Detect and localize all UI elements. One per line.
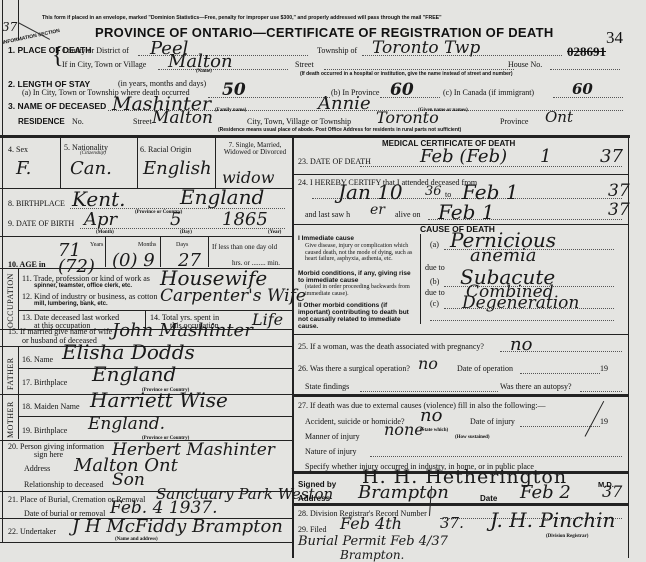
burial-permit-place: Brampton.	[340, 548, 404, 562]
nationality-value[interactable]: Can.	[70, 158, 112, 179]
burial-permit-note: Burial Permit Feb 4/37	[298, 534, 448, 549]
morbid-label: Morbid conditions, if any, giving rise t…	[298, 270, 418, 284]
section-divider	[293, 503, 628, 506]
city-label: If in City, Town or Village	[62, 60, 146, 69]
alive-on-label: alive on	[395, 210, 421, 219]
operation-year-prefix: 19	[600, 364, 608, 373]
medical-address-label: Address	[298, 494, 330, 503]
pregnancy-label: 25. If a woman, was the death associated…	[298, 342, 484, 351]
medical-date-value[interactable]: Feb 2	[520, 482, 571, 503]
corner-rule	[18, 0, 19, 40]
nature-label: Nature of injury	[305, 447, 357, 456]
mother-birthplace-label: 19. Birthplace	[22, 426, 67, 435]
cause-a-label: (a)	[430, 240, 439, 249]
injury-year-prefix: 19	[600, 417, 608, 426]
township-value[interactable]: Toronto Twp	[372, 38, 480, 58]
filed-value[interactable]: Feb 4th	[340, 514, 402, 533]
grid-line	[208, 237, 209, 267]
township-label: Township of	[317, 46, 357, 55]
racial-origin-value[interactable]: English	[143, 158, 212, 179]
immediate-hint: Give disease, injury or complication whi…	[305, 243, 415, 263]
mail-notice: This form if placed in an envelope, mark…	[42, 15, 442, 21]
attended-to-year[interactable]: 37	[608, 181, 630, 201]
undertaker-label: 22. Undertaker	[8, 527, 56, 536]
residence-note: (Residence means usual place of abode. P…	[218, 127, 461, 133]
cause-c-label: (c)	[430, 299, 439, 308]
father-name-label: 16. Name	[22, 355, 53, 364]
due-to-label-2: due to	[425, 288, 445, 297]
street-line	[324, 69, 514, 70]
death-day-value[interactable]: 1	[540, 146, 551, 167]
row-line	[0, 236, 292, 237]
filed-label: 29. Filed	[298, 525, 326, 534]
stay-city-value[interactable]: 50	[222, 80, 246, 100]
birthplace-label: 8. BIRTHPLACE	[8, 199, 65, 208]
residence-street-label: Street	[133, 117, 152, 126]
findings-label: State findings	[305, 382, 349, 391]
less-than-day-label: If less than one day old	[212, 243, 277, 251]
given-name-value[interactable]: Annie	[318, 93, 371, 114]
residence-city-value[interactable]: Toronto	[376, 108, 439, 127]
hospital-note: (If death occurred in a hospital or inst…	[300, 71, 513, 77]
cause-c-value[interactable]: Degeneration	[462, 293, 579, 313]
last-saw-pronoun[interactable]: er	[370, 202, 385, 218]
page-number: 34	[606, 28, 623, 48]
cause-b-label: (b)	[430, 277, 439, 286]
death-month-value[interactable]: Feb (Feb)	[420, 146, 507, 167]
registrar-caption: (Division Registrar)	[546, 534, 588, 539]
burial-date-value[interactable]: Feb. 4 1937.	[110, 498, 218, 518]
informant-address-label: Address	[24, 464, 50, 473]
stay-province-value[interactable]: 60	[390, 80, 414, 100]
dob-day-value[interactable]: 5	[170, 209, 181, 230]
manner-label: Manner of injury	[305, 432, 360, 441]
month-caption: (Month)	[96, 230, 114, 235]
medical-date-label: Date	[480, 494, 497, 503]
residence-no-label: No.	[72, 117, 84, 126]
sign-here-label: sign here	[34, 450, 63, 459]
death-date-label: 23. DATE OF DEATH	[298, 157, 371, 166]
alive-on-value[interactable]: Feb 1	[438, 200, 495, 224]
day-caption: (Day)	[180, 230, 192, 235]
signed-by-label: Signed by	[298, 480, 336, 489]
immediate-label: I Immediate cause	[298, 235, 354, 242]
surgery-label: 26. Was there a surgical operation?	[298, 364, 410, 373]
residence-street-value[interactable]: Malton	[152, 108, 213, 128]
death-certificate: 37 INFORMATION SECTION This form if plac…	[0, 0, 646, 562]
medical-date-year[interactable]: 37	[602, 482, 622, 501]
spouse-value[interactable]: John Mashinter	[112, 320, 253, 341]
industry-label: 12. Kind of industry or business, as cot…	[22, 292, 157, 301]
autopsy-label: Was there an autopsy?	[500, 382, 572, 391]
grid-line	[420, 234, 421, 324]
year-caption: (Year)	[268, 230, 281, 235]
dob-label: 9. DATE OF BIRTH	[8, 219, 74, 228]
other-conditions-label: II Other morbid conditions (if important…	[298, 302, 418, 330]
birthplace-country-value[interactable]: England	[180, 185, 264, 209]
other-conditions-line	[430, 320, 614, 321]
grid-line	[160, 237, 161, 267]
dob-year-value[interactable]: 1865	[222, 209, 268, 230]
undertaker-value[interactable]: J H McFiddy Brampton	[72, 516, 283, 537]
trade-hint: spinner, teamster, office clerk, etc.	[34, 283, 132, 289]
spouse-label: 15. If married give name of wife	[8, 327, 112, 336]
relationship-value[interactable]: Son	[112, 470, 145, 490]
attended-from-value[interactable]: Jan 10	[338, 180, 403, 204]
morbid-hint: (stated in order proceeding backwards fr…	[305, 284, 415, 297]
row-line	[293, 174, 628, 175]
attended-from-year[interactable]: 36	[425, 184, 442, 199]
to-label: to	[445, 190, 451, 199]
filed-year[interactable]: 37.	[440, 514, 464, 532]
operation-date-label: Date of operation	[457, 364, 513, 373]
father-name-value[interactable]: Elisha Dodds	[62, 340, 195, 364]
industry-hint: mill, lumbering, bank, etc.	[34, 301, 108, 307]
sex-label: 4. Sex	[8, 145, 28, 154]
corner-number: 37	[2, 20, 17, 34]
section-divider	[0, 135, 630, 138]
left-border	[2, 0, 3, 542]
stay-canada-value[interactable]: 60	[572, 80, 593, 98]
street-label: Street	[295, 60, 314, 69]
section-divider	[293, 394, 628, 397]
findings-line	[360, 391, 498, 392]
nature-line	[370, 456, 622, 457]
alive-on-year[interactable]: 37	[608, 200, 630, 220]
mother-birthplace-value[interactable]: England.	[88, 414, 165, 434]
death-year-value[interactable]: 37	[600, 146, 623, 167]
total-years-value[interactable]: Life	[252, 310, 283, 329]
relationship-label: Relationship to deceased	[24, 480, 104, 489]
grid-line	[137, 138, 138, 188]
residence-label: RESIDENCE	[18, 117, 65, 126]
family-name-caption: (Family name)	[215, 108, 246, 113]
dob-month-value[interactable]: Apr	[84, 209, 117, 230]
manner-value[interactable]: none	[384, 420, 424, 439]
grid-line	[18, 347, 19, 439]
occupation-side-label: OCCUPATION	[6, 274, 15, 328]
length-of-stay-hint: (in years, months and days)	[118, 79, 206, 88]
state-which-caption: (State which)	[420, 428, 448, 433]
months-caption: Months	[138, 242, 156, 248]
stay-canada-label: (c) In Canada (if immigrant)	[443, 88, 534, 97]
sex-value[interactable]: F.	[16, 158, 31, 179]
residence-province-value[interactable]: Ont	[545, 108, 573, 126]
registrar-signature[interactable]: J. H. Pinchin	[490, 508, 615, 532]
autopsy-line	[580, 391, 622, 392]
house-no-line	[550, 69, 620, 70]
days-caption: Days	[176, 242, 188, 248]
operation-date-line	[520, 373, 600, 374]
due-to-label-1: due to	[425, 263, 445, 272]
bottom-border	[0, 542, 292, 543]
father-side-label: FATHER	[6, 352, 15, 390]
how-sustained-caption: (How sustained)	[455, 435, 490, 440]
surgery-value[interactable]: no	[418, 354, 438, 373]
grid-line	[105, 237, 106, 267]
mother-maiden-label: 18. Maiden Name	[22, 402, 80, 411]
place-of-death-label: 1. PLACE OF DEATH	[8, 46, 48, 55]
injury-date-label: Date of injury	[470, 417, 515, 426]
birthplace-city-value[interactable]: Kent.	[72, 187, 126, 211]
mother-side-label: MOTHER	[6, 398, 15, 438]
house-no-label: House No.	[508, 60, 542, 69]
racial-origin-label: 6. Racial Origin	[140, 145, 191, 154]
county-label: County or District of	[62, 46, 129, 55]
injury-date-line	[520, 426, 600, 427]
industry-value[interactable]: Carpenter's Wife	[160, 286, 306, 306]
item-number: 1.	[8, 45, 15, 55]
pregnancy-value[interactable]: no	[510, 334, 532, 355]
row-line	[18, 310, 292, 311]
father-birthplace-label: 17. Birthplace	[22, 378, 67, 387]
registration-number: 028691	[567, 44, 606, 60]
name-caption: (Name)	[196, 69, 212, 74]
nationality-caption: (Citizenship)	[80, 151, 106, 156]
mother-maiden-value[interactable]: Harriett Wise	[90, 388, 228, 412]
father-birthplace-value[interactable]: England	[92, 362, 176, 386]
grid-line	[18, 269, 19, 329]
grid-line	[215, 138, 216, 188]
trade-label: 11. Trade, profession or kind of work as	[22, 274, 150, 283]
cause-a2-value[interactable]: anemia	[470, 245, 537, 266]
last-saw-label: and last saw h	[305, 210, 350, 219]
deceased-name-label: 3. NAME OF DECEASED	[8, 101, 106, 111]
medical-address-value[interactable]: Brampton	[358, 482, 449, 503]
grid-line	[60, 138, 61, 188]
row-line	[293, 334, 628, 335]
marital-label: 7. Single, Married, Widowed or Divorced	[218, 142, 292, 156]
residence-city-label: City, Town, Village or Township	[247, 117, 351, 126]
residence-province-label: Province	[500, 117, 528, 126]
years-caption: Years	[90, 242, 103, 248]
